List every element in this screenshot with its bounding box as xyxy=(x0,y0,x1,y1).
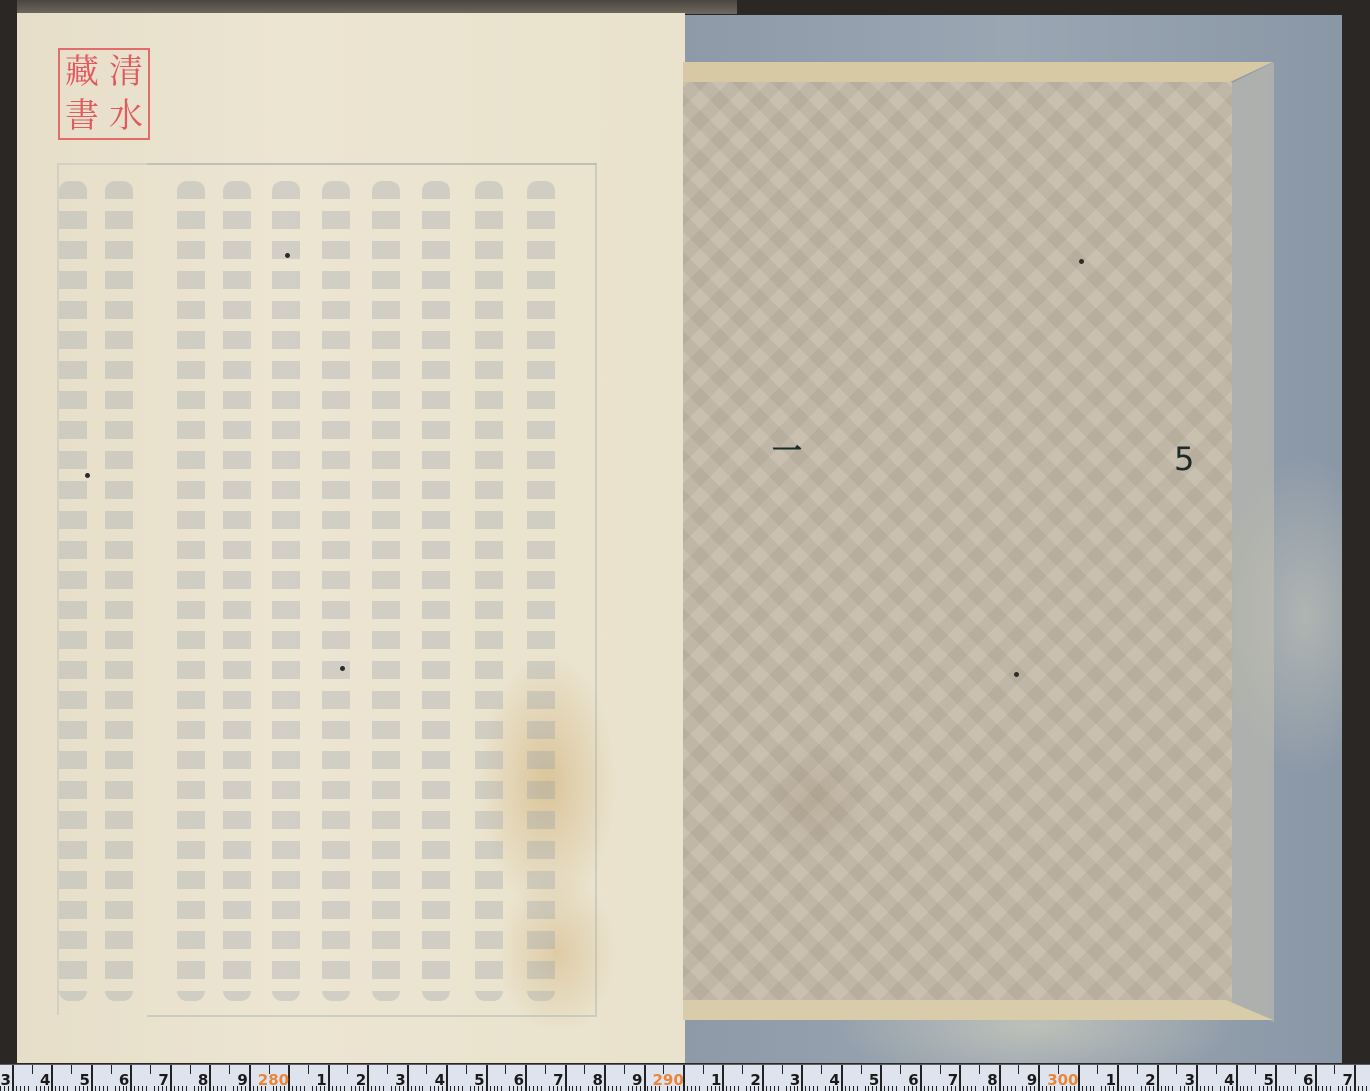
ruler-label: 9 xyxy=(237,1071,247,1089)
ruler-minor-tick xyxy=(1097,1065,1098,1074)
ruler-minor-tick xyxy=(1161,1086,1162,1091)
ruler-minor-tick xyxy=(1295,1065,1296,1074)
ruler-minor-tick xyxy=(1240,1086,1241,1091)
ruler-minor-tick xyxy=(1141,1086,1142,1091)
ruler-major-tick xyxy=(801,1065,803,1091)
ruler-minor-tick xyxy=(497,1086,498,1091)
ruler-major-tick xyxy=(328,1065,330,1091)
ruler-minor-tick xyxy=(766,1086,767,1091)
ruler-minor-tick xyxy=(1338,1086,1339,1091)
ruler-minor-tick xyxy=(730,1086,731,1091)
ruler-minor-tick xyxy=(892,1086,893,1091)
ruler-minor-tick xyxy=(1247,1086,1248,1091)
ruler-label: 7 xyxy=(948,1071,958,1089)
ruler-label: 4 xyxy=(829,1071,839,1089)
ruler-minor-tick xyxy=(588,1086,589,1091)
ruler-minor-tick xyxy=(36,1086,37,1091)
ruler-minor-tick xyxy=(1251,1086,1252,1091)
ruler-label: 4 xyxy=(435,1071,445,1089)
ruler-major-tick xyxy=(446,1065,448,1091)
ruler-minor-tick xyxy=(426,1065,427,1074)
ruler-label: 3 xyxy=(1185,1071,1195,1089)
paper-speck xyxy=(85,473,90,478)
ruler-label: 300 xyxy=(1047,1071,1078,1089)
ruler-minor-tick xyxy=(154,1086,155,1091)
ruler-minor-tick xyxy=(861,1065,862,1074)
ruler-minor-tick xyxy=(572,1086,573,1091)
ink-mark-five: 5 xyxy=(1174,440,1194,478)
ruler-minor-tick xyxy=(1090,1086,1091,1091)
ruler-label: 5 xyxy=(869,1071,879,1089)
ruler-minor-tick xyxy=(1212,1086,1213,1091)
ruler-minor-tick xyxy=(857,1086,858,1091)
paper-speck xyxy=(1079,259,1084,264)
ruler-minor-tick xyxy=(340,1086,341,1091)
ruler-minor-tick xyxy=(450,1086,451,1091)
ruler-minor-tick xyxy=(695,1086,696,1091)
ruler-minor-tick xyxy=(1042,1086,1043,1091)
ruler-minor-tick xyxy=(229,1065,230,1074)
ruler-minor-tick xyxy=(422,1086,423,1091)
ruler-minor-tick xyxy=(545,1065,546,1074)
paper-speck xyxy=(340,666,345,671)
ruler-minor-tick xyxy=(584,1065,585,1074)
ruler-label: 7 xyxy=(158,1071,168,1089)
cover-turn-in-bottom xyxy=(683,1000,1273,1020)
ruler-minor-tick xyxy=(1180,1086,1181,1091)
show-through-column xyxy=(527,181,555,1001)
show-through-column xyxy=(372,181,400,1001)
ruler-minor-tick xyxy=(983,1086,984,1091)
ruler-minor-tick xyxy=(817,1086,818,1091)
ruler-minor-tick xyxy=(383,1086,384,1091)
ruler-minor-tick xyxy=(1279,1086,1280,1091)
ruler-label: 1 xyxy=(316,1071,326,1089)
ruler-major-tick xyxy=(1038,1065,1040,1091)
ruler-minor-tick xyxy=(569,1086,570,1091)
ruler-minor-tick xyxy=(1334,1065,1335,1074)
ruler-minor-tick xyxy=(647,1086,648,1091)
ruler-major-tick xyxy=(1275,1065,1277,1091)
ruler-major-tick xyxy=(1354,1065,1356,1091)
ruler-minor-tick xyxy=(233,1086,234,1091)
ruler-minor-tick xyxy=(940,1065,941,1074)
ruler-minor-tick xyxy=(1200,1086,1201,1091)
paper-speck xyxy=(1014,672,1019,677)
ruler-minor-tick xyxy=(896,1086,897,1091)
ruler-minor-tick xyxy=(979,1065,980,1074)
ruler-minor-tick xyxy=(55,1086,56,1091)
ruler-minor-tick xyxy=(186,1086,187,1091)
ruler-minor-tick xyxy=(1362,1086,1363,1091)
ruler-minor-tick xyxy=(616,1086,617,1091)
ruler-minor-tick xyxy=(24,1086,25,1091)
ruler-minor-tick xyxy=(774,1086,775,1091)
ruler-minor-tick xyxy=(853,1086,854,1091)
ruler-minor-tick xyxy=(20,1086,21,1091)
ruler-minor-tick xyxy=(786,1086,787,1091)
ruler-minor-tick xyxy=(1022,1086,1023,1091)
ruler-minor-tick xyxy=(16,1086,17,1091)
ruler-minor-tick xyxy=(1165,1086,1166,1091)
ruler-minor-tick xyxy=(134,1086,135,1091)
ruler-minor-tick xyxy=(308,1065,309,1074)
ruler-label: 8 xyxy=(198,1071,208,1089)
ruler-minor-tick xyxy=(111,1065,112,1074)
ruler-label: 3 xyxy=(790,1071,800,1089)
ruler-major-tick xyxy=(249,1065,251,1091)
ruler-minor-tick xyxy=(549,1086,550,1091)
ruler-minor-tick xyxy=(884,1086,885,1091)
ruler-minor-tick xyxy=(813,1086,814,1091)
seal-char: 清 xyxy=(104,50,148,94)
ruler-major-tick xyxy=(51,1065,53,1091)
show-through-column xyxy=(475,181,503,1001)
seal-char: 水 xyxy=(104,94,148,138)
show-through-column xyxy=(223,181,251,1001)
ruler-minor-tick xyxy=(1330,1086,1331,1091)
ruler-label: 1 xyxy=(711,1071,721,1089)
ruler-minor-tick xyxy=(391,1086,392,1091)
ruler-minor-tick xyxy=(1011,1086,1012,1091)
ruler-major-tick xyxy=(525,1065,527,1091)
ruler-major-tick xyxy=(209,1065,211,1091)
ruler-label: 7 xyxy=(1342,1071,1352,1089)
paper-speck xyxy=(285,253,290,258)
ruler-minor-tick xyxy=(415,1086,416,1091)
ruler-minor-tick xyxy=(1137,1065,1138,1074)
ruler-major-tick xyxy=(1117,1065,1119,1091)
ruler-minor-tick xyxy=(1015,1086,1016,1091)
ruler-minor-tick xyxy=(691,1086,692,1091)
ruler-minor-tick xyxy=(845,1086,846,1091)
ownership-seal: 藏 清 書 水 xyxy=(58,48,150,140)
ruler-minor-tick xyxy=(821,1065,822,1074)
ruler-major-tick xyxy=(1315,1065,1317,1091)
ruler-minor-tick xyxy=(1133,1086,1134,1091)
ruler-minor-tick xyxy=(332,1086,333,1091)
ruler-major-tick xyxy=(841,1065,843,1091)
ruler-minor-tick xyxy=(253,1086,254,1091)
ruler-minor-tick xyxy=(411,1086,412,1091)
ruler-minor-tick xyxy=(924,1086,925,1091)
ruler-minor-tick xyxy=(296,1086,297,1091)
ruler-minor-tick xyxy=(103,1086,104,1091)
ruler-minor-tick xyxy=(1220,1086,1221,1091)
show-through-column xyxy=(177,181,205,1001)
show-through-column xyxy=(59,181,87,1001)
cover-turn-in-right xyxy=(1230,62,1274,1022)
ruler-major-tick xyxy=(1157,1065,1159,1091)
ruler-label: 2 xyxy=(356,1071,366,1089)
ruler-minor-tick xyxy=(1216,1065,1217,1074)
ruler-minor-tick xyxy=(387,1065,388,1074)
ruler-minor-tick xyxy=(71,1065,72,1074)
ruler-minor-tick xyxy=(608,1086,609,1091)
ruler-minor-tick xyxy=(217,1086,218,1091)
ruler-minor-tick xyxy=(225,1086,226,1091)
ruler-minor-tick xyxy=(458,1086,459,1091)
ruler-label: 2 xyxy=(750,1071,760,1089)
ruler-minor-tick xyxy=(221,1086,222,1091)
ruler-label: 5 xyxy=(79,1071,89,1089)
ruler-label: 6 xyxy=(119,1071,129,1089)
ruler-minor-tick xyxy=(687,1086,688,1091)
endpaper xyxy=(683,82,1232,1004)
ruler-minor-tick xyxy=(612,1086,613,1091)
ruler-major-tick xyxy=(959,1065,961,1091)
ruler-label: 290 xyxy=(652,1071,683,1089)
ruler-major-tick xyxy=(486,1065,488,1091)
ruler-major-tick xyxy=(1196,1065,1198,1091)
cover-turn-in-top xyxy=(683,62,1273,84)
ruler-minor-tick xyxy=(782,1065,783,1074)
ruler-minor-tick xyxy=(699,1086,700,1091)
ruler-major-tick xyxy=(130,1065,132,1091)
ruler-major-tick xyxy=(880,1065,882,1091)
ruler-minor-tick xyxy=(490,1086,491,1091)
ruler-minor-tick xyxy=(971,1086,972,1091)
ruler-minor-tick xyxy=(142,1086,143,1091)
ruler-minor-tick xyxy=(1172,1086,1173,1091)
ruler-minor-tick xyxy=(943,1086,944,1091)
ruler-minor-tick xyxy=(533,1086,534,1091)
ruler-minor-tick xyxy=(336,1086,337,1091)
ruler-minor-tick xyxy=(347,1065,348,1074)
ruler-minor-tick xyxy=(190,1065,191,1074)
ruler-minor-tick xyxy=(932,1086,933,1091)
ink-mark-dash: 一 xyxy=(772,426,802,470)
ruler-minor-tick xyxy=(371,1086,372,1091)
ruler-minor-tick xyxy=(537,1086,538,1091)
ruler-major-tick xyxy=(604,1065,606,1091)
ruler-minor-tick xyxy=(138,1086,139,1091)
ruler-minor-tick xyxy=(304,1086,305,1091)
ruler-minor-tick xyxy=(1287,1086,1288,1091)
ruler-minor-tick xyxy=(576,1086,577,1091)
ruler-minor-tick xyxy=(1322,1086,1323,1091)
ruler-major-tick xyxy=(91,1065,93,1091)
ruler-minor-tick xyxy=(580,1086,581,1091)
show-through-column xyxy=(105,181,133,1001)
ruler-minor-tick xyxy=(1086,1086,1087,1091)
ruler-minor-tick xyxy=(963,1086,964,1091)
ruler-minor-tick xyxy=(805,1086,806,1091)
ruler-minor-tick xyxy=(967,1086,968,1091)
ruler-minor-tick xyxy=(505,1065,506,1074)
ruler-minor-tick xyxy=(344,1086,345,1091)
ruler-minor-tick xyxy=(178,1086,179,1091)
show-through-column xyxy=(322,181,350,1001)
ruler-minor-tick xyxy=(1007,1086,1008,1091)
ruler-label: 5 xyxy=(1264,1071,1274,1089)
ruler-major-tick xyxy=(565,1065,567,1091)
ruler-minor-tick xyxy=(1291,1086,1292,1091)
ruler-minor-tick xyxy=(703,1065,704,1074)
ruler-label: 9 xyxy=(1027,1071,1037,1089)
ruler-minor-tick xyxy=(379,1086,380,1091)
ruler-minor-tick xyxy=(809,1086,810,1091)
ruler-minor-tick xyxy=(32,1065,33,1074)
ruler-minor-tick xyxy=(95,1086,96,1091)
measuring-ruler: 3456789280123456789290123456789300123456… xyxy=(0,1064,1370,1091)
ruler-major-tick xyxy=(12,1065,14,1091)
ruler-minor-tick xyxy=(63,1086,64,1091)
ruler-minor-tick xyxy=(75,1086,76,1091)
ruler-minor-tick xyxy=(28,1086,29,1091)
ruler-minor-tick xyxy=(770,1086,771,1091)
ruler-label: 7 xyxy=(553,1071,563,1089)
ruler-major-tick xyxy=(762,1065,764,1091)
ruler-label: 6 xyxy=(514,1071,524,1089)
ruler-minor-tick xyxy=(707,1086,708,1091)
ruler-minor-tick xyxy=(734,1086,735,1091)
show-through-column xyxy=(272,181,300,1001)
seal-char: 藏 xyxy=(60,50,104,94)
ruler-minor-tick xyxy=(742,1065,743,1074)
ruler-major-tick xyxy=(644,1065,646,1091)
ruler-minor-tick xyxy=(375,1086,376,1091)
ruler-label: 4 xyxy=(1224,1071,1234,1089)
ruler-major-tick xyxy=(407,1065,409,1091)
ruler-minor-tick xyxy=(1018,1065,1019,1074)
ruler-minor-tick xyxy=(620,1086,621,1091)
ruler-minor-tick xyxy=(182,1086,183,1091)
ruler-minor-tick xyxy=(107,1086,108,1091)
ruler-minor-tick xyxy=(1243,1086,1244,1091)
ruler-minor-tick xyxy=(466,1065,467,1074)
ruler-minor-tick xyxy=(849,1086,850,1091)
ruler-minor-tick xyxy=(351,1086,352,1091)
ruler-minor-tick xyxy=(462,1086,463,1091)
ruler-major-tick xyxy=(1236,1065,1238,1091)
ruler-minor-tick xyxy=(430,1086,431,1091)
ruler-minor-tick xyxy=(146,1086,147,1091)
show-through-column xyxy=(422,181,450,1001)
ruler-label: 9 xyxy=(632,1071,642,1089)
ruler-label: 3 xyxy=(395,1071,405,1089)
ruler-minor-tick xyxy=(1176,1065,1177,1074)
ruler-label: 6 xyxy=(908,1071,918,1089)
ruler-label: 8 xyxy=(593,1071,603,1089)
ruler-minor-tick xyxy=(726,1086,727,1091)
ruler-minor-tick xyxy=(1208,1086,1209,1091)
ruler-minor-tick xyxy=(928,1086,929,1091)
ruler-major-tick xyxy=(722,1065,724,1091)
ruler-label: 5 xyxy=(474,1071,484,1089)
ruler-minor-tick xyxy=(1318,1086,1319,1091)
ruler-minor-tick xyxy=(900,1065,901,1074)
ruler-label: 280 xyxy=(258,1071,289,1089)
ruler-label: 2 xyxy=(1145,1071,1155,1089)
ruler-minor-tick xyxy=(1299,1086,1300,1091)
ruler-minor-tick xyxy=(529,1086,530,1091)
ruler-minor-tick xyxy=(1082,1086,1083,1091)
ruler-minor-tick xyxy=(494,1086,495,1091)
ruler-minor-tick xyxy=(470,1086,471,1091)
ruler-minor-tick xyxy=(1255,1065,1256,1074)
ruler-minor-tick xyxy=(865,1086,866,1091)
ruler-minor-tick xyxy=(419,1086,420,1091)
ruler-minor-tick xyxy=(194,1086,195,1091)
ruler-minor-tick xyxy=(1326,1086,1327,1091)
ruler-label: 6 xyxy=(1303,1071,1313,1089)
ruler-minor-tick xyxy=(1283,1086,1284,1091)
ruler-minor-tick xyxy=(738,1086,739,1091)
ruler-label: 8 xyxy=(987,1071,997,1089)
ruler-minor-tick xyxy=(904,1086,905,1091)
ruler-major-tick xyxy=(920,1065,922,1091)
ruler-major-tick xyxy=(170,1065,172,1091)
ruler-minor-tick xyxy=(312,1086,313,1091)
seal-char: 書 xyxy=(60,94,104,138)
ruler-minor-tick xyxy=(1366,1086,1367,1091)
ruler-minor-tick xyxy=(1358,1086,1359,1091)
ruler-minor-tick xyxy=(746,1086,747,1091)
ruler-minor-tick xyxy=(541,1086,542,1091)
ruler-minor-tick xyxy=(1204,1086,1205,1091)
ruler-label: 4 xyxy=(40,1071,50,1089)
book-top-edge xyxy=(17,0,737,14)
ruler-minor-tick xyxy=(509,1086,510,1091)
ruler-minor-tick xyxy=(825,1086,826,1091)
ruler-minor-tick xyxy=(1003,1086,1004,1091)
ruler-minor-tick xyxy=(213,1086,214,1091)
ruler-label: 3 xyxy=(1,1071,11,1089)
ruler-minor-tick xyxy=(1121,1086,1122,1091)
ruler-minor-tick xyxy=(624,1065,625,1074)
ruler-minor-tick xyxy=(174,1086,175,1091)
ruler-minor-tick xyxy=(1101,1086,1102,1091)
ruler-minor-tick xyxy=(292,1086,293,1091)
ruler-minor-tick xyxy=(1093,1086,1094,1091)
ruler-minor-tick xyxy=(115,1086,116,1091)
ruler-minor-tick xyxy=(1125,1086,1126,1091)
ruler-label: 1 xyxy=(1106,1071,1116,1089)
ruler-minor-tick xyxy=(628,1086,629,1091)
ruler-minor-tick xyxy=(778,1086,779,1091)
ruler-minor-tick xyxy=(888,1086,889,1091)
ruler-minor-tick xyxy=(1168,1086,1169,1091)
ruler-minor-tick xyxy=(300,1086,301,1091)
ruler-minor-tick xyxy=(975,1086,976,1091)
ruler-minor-tick xyxy=(150,1065,151,1074)
ruler-minor-tick xyxy=(936,1086,937,1091)
ruler-minor-tick xyxy=(1129,1086,1130,1091)
ruler-minor-tick xyxy=(59,1086,60,1091)
ruler-major-tick xyxy=(367,1065,369,1091)
ruler-minor-tick xyxy=(501,1086,502,1091)
ruler-minor-tick xyxy=(1259,1086,1260,1091)
ruler-minor-tick xyxy=(67,1086,68,1091)
ruler-minor-tick xyxy=(99,1086,100,1091)
left-page xyxy=(17,13,685,1063)
ruler-minor-tick xyxy=(454,1086,455,1091)
ruler-major-tick xyxy=(999,1065,1001,1091)
